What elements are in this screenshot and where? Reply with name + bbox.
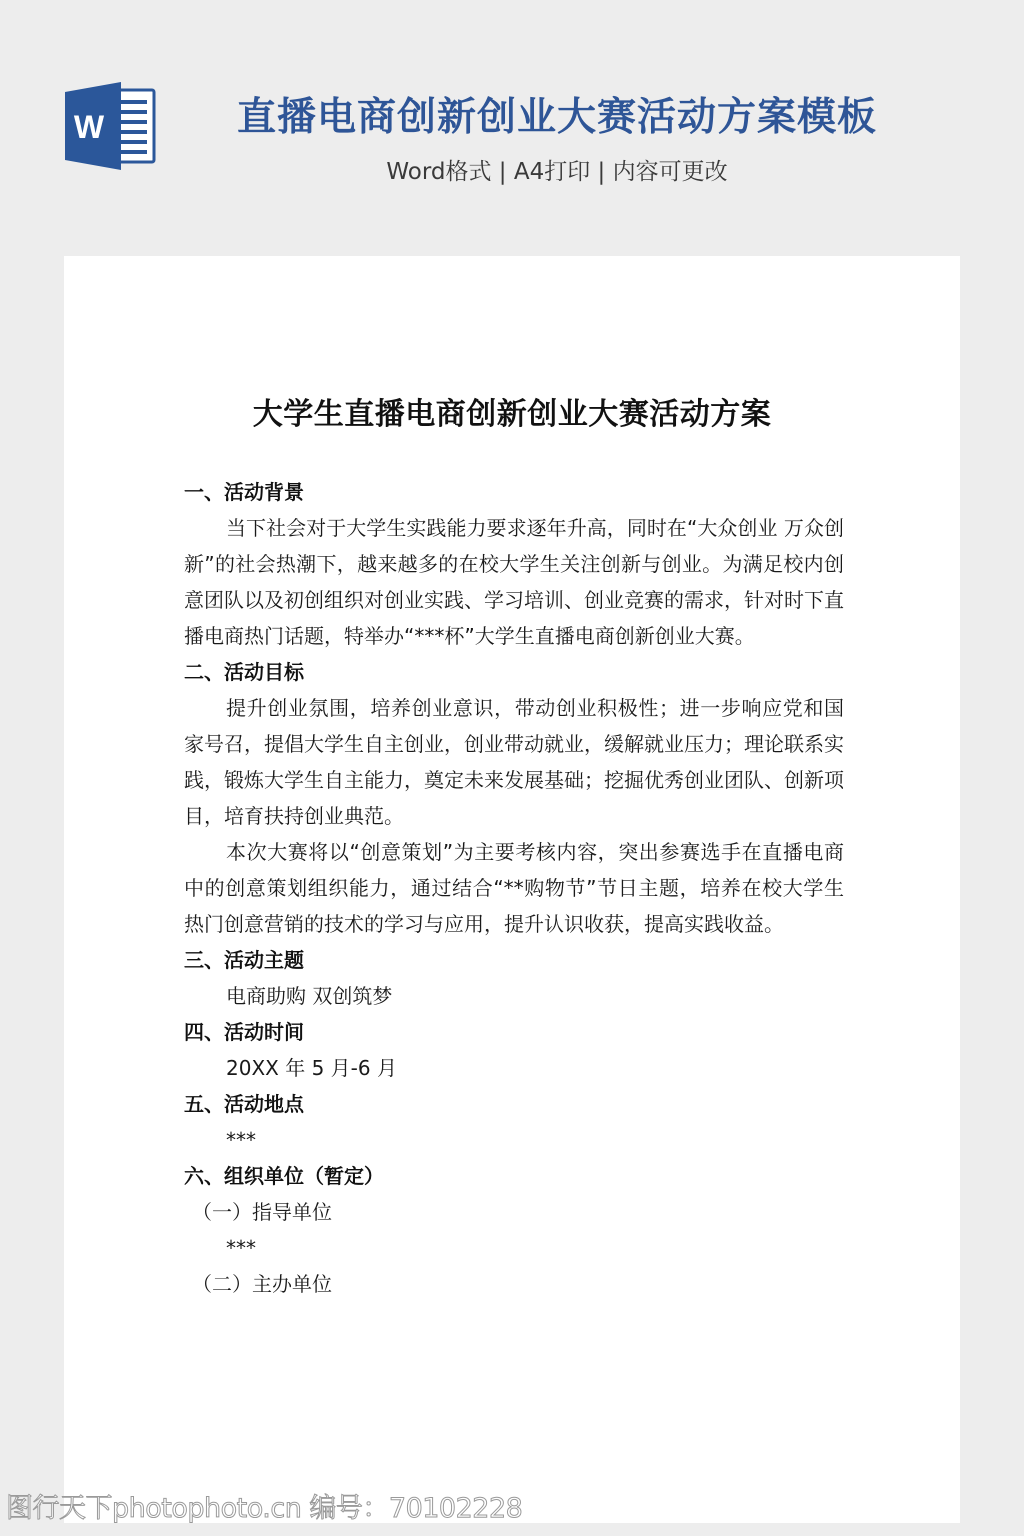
section-paragraph: 提升创业氛围，培养创业意识，带动创业积极性；进一步响应党和国家号召，提倡大学生自…: [184, 690, 844, 834]
section-heading-location: 五、活动地点: [184, 1086, 844, 1122]
watermark-text: 图行天下photophoto.cn 编号：70102228: [6, 1492, 522, 1526]
section-paragraph: 当下社会对于大学生实践能力要求逐年升高，同时在“大众创业 万众创新”的社会热潮下…: [184, 510, 844, 654]
document-body: 一、活动背景 当下社会对于大学生实践能力要求逐年升高，同时在“大众创业 万众创新…: [184, 474, 844, 1302]
section-paragraph: 本次大赛将以“创意策划”为主要考核内容，突出参赛选手在直播电商中的创意策划组织能…: [184, 834, 844, 942]
guiding-unit-value: ***: [184, 1230, 844, 1266]
subsection-label-host-unit: （二）主办单位: [184, 1266, 844, 1302]
subsection-label-guiding-unit: （一）指导单位: [184, 1194, 844, 1230]
section-heading-time: 四、活动时间: [184, 1014, 844, 1050]
word-document-icon: W: [65, 82, 157, 170]
document-title: 大学生直播电商创新创业大赛活动方案: [64, 394, 960, 436]
template-title: 直播电商创新创业大赛活动方案模板: [200, 92, 914, 144]
section-heading-background: 一、活动背景: [184, 474, 844, 510]
theme-value: 电商助购 双创筑梦: [184, 978, 844, 1014]
svg-text:W: W: [74, 109, 105, 145]
location-value: ***: [184, 1122, 844, 1158]
section-heading-organizers: 六、组织单位（暂定）: [184, 1158, 844, 1194]
section-heading-theme: 三、活动主题: [184, 942, 844, 978]
template-subtitle: Word格式 | A4打印 | 内容可更改: [200, 155, 914, 189]
section-heading-goals: 二、活动目标: [184, 654, 844, 690]
template-header: W 直播电商创新创业大赛活动方案模板 Word格式 | A4打印 | 内容可更改: [0, 0, 1024, 256]
time-value: 20XX 年 5 月-6 月: [184, 1050, 844, 1086]
document-page: 大学生直播电商创新创业大赛活动方案 一、活动背景 当下社会对于大学生实践能力要求…: [64, 256, 960, 1523]
